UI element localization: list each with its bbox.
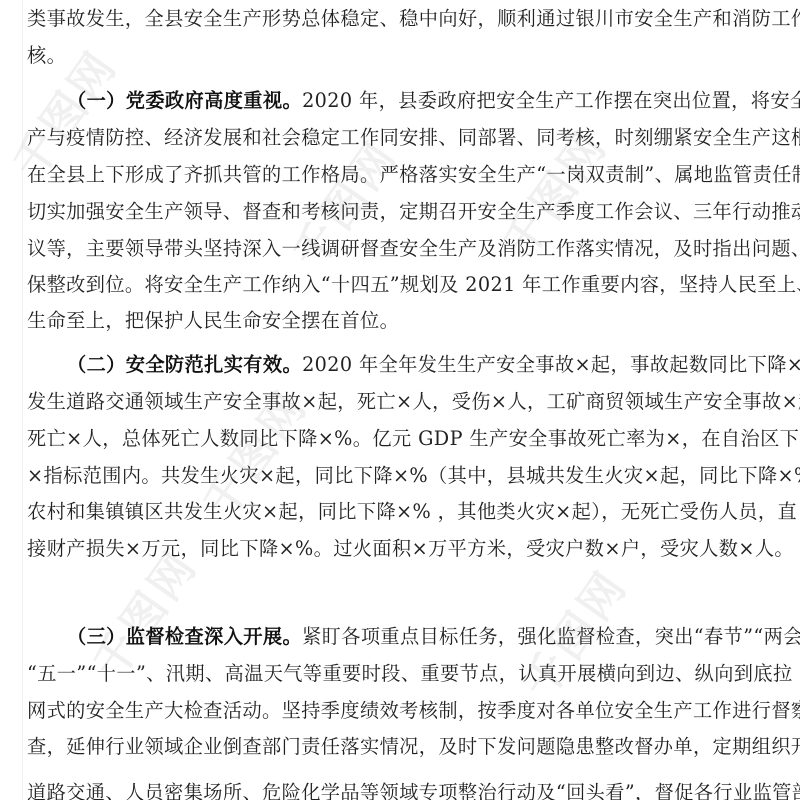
paragraph-text: 2020 年全年发生生产安全事故×起，事故起数同比下降×%。	[302, 353, 800, 376]
paragraph-line: 在全县上下形成了齐抓共管的工作格局。严格落实安全生产“一岗双责制”、属地监管责任…	[27, 162, 777, 188]
page-edge	[22, 0, 23, 800]
section-heading: （二）安全防范扎实有效。	[67, 353, 302, 376]
paragraph-text: 2020 年，县委政府把安全生产工作摆在突出位置，将安全生	[302, 89, 800, 112]
paragraph-line: 核。	[27, 43, 777, 69]
paragraph-line-cut: 道路交通、人员密集场所、危险化学品等领域专项整治行动及“回头看”，督促各行业监管…	[27, 780, 777, 800]
section-3-first-line: （三）监督检查深入开展。紧盯各项重点目标任务，强化监督检查，突出“春节”“两会”	[27, 624, 777, 650]
paragraph-line: 类事故发生，全县安全生产形势总体稳定、稳中向好，顺利通过银川市安全生产和消防工作…	[27, 6, 777, 32]
paragraph-line: “五一”“十一”、汛期、高温天气等重要时段、重要节点，认真开展横向到边、纵向到底…	[27, 661, 777, 687]
section-heading: （一）党委政府高度重视。	[67, 89, 302, 112]
paragraph-line: 切实加强安全生产领导、督查和考核问责，定期召开安全生产季度工作会议、三年行动推动…	[27, 199, 777, 225]
paragraph-line: 死亡×人，总体死亡人数同比下降×%。亿元 GDP 生产安全事故死亡率为×，在自治…	[27, 426, 777, 452]
paragraph-line: 产与疫情防控、经济发展和社会稳定工作同安排、同部署、同考核，时刻绷紧安全生产这根…	[27, 125, 777, 151]
paragraph-line: 发生道路交通领域生产安全事故×起，死亡×人，受伤×人，工矿商贸领域生产安全事故×…	[27, 389, 777, 415]
paragraph-text: 紧盯各项重点目标任务，强化监督检查，突出“春节”“两会”	[302, 625, 800, 648]
paragraph-line: 生命至上，把保护人民生命安全摆在首位。	[27, 308, 777, 334]
paragraph-line: 保整改到位。将安全生产工作纳入“十四五”规划及 2021 年工作重要内容，坚持人…	[27, 272, 777, 298]
paragraph-line: 议等，主要领导带头坚持深入一线调研督查安全生产及消防工作落实情况，及时指出问题、…	[27, 236, 777, 262]
paragraph-line: 农村和集镇镇区共发生火灾×起，同比下降×% ，其他类火灾×起），无死亡受伤人员，…	[27, 499, 777, 525]
section-1-first-line: （一）党委政府高度重视。2020 年，县委政府把安全生产工作摆在突出位置，将安全…	[27, 88, 777, 114]
section-heading: （三）监督检查深入开展。	[67, 625, 302, 648]
paragraph-line: 查，延伸行业领域企业倒查部门责任落实情况，及时下发问题隐患整改督办单，定期组织开…	[27, 734, 777, 760]
section-2-first-line: （二）安全防范扎实有效。2020 年全年发生生产安全事故×起，事故起数同比下降×…	[27, 352, 777, 378]
paragraph-line: 接财产损失×万元，同比下降×%。过火面积×万平方米，受灾户数×户，受灾人数×人。	[27, 536, 777, 562]
paragraph-line: 网式的安全生产大检查活动。坚持季度绩效考核制，按季度对各单位安全生产工作进行督察…	[27, 698, 777, 724]
paragraph-line: ×指标范围内。共发生火灾×起，同比下降×%（其中，县城共发生火灾×起，同比下降×…	[27, 463, 777, 489]
